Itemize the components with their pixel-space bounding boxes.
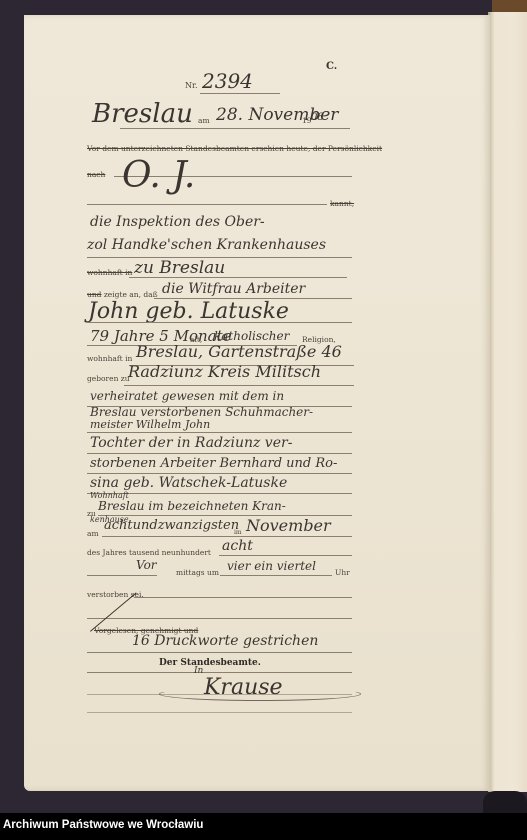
time-prefix: Vor bbox=[136, 558, 157, 572]
intro-text: Vor dem unterzeichneten Standesbeamten e… bbox=[87, 144, 382, 153]
mittags-label: mittags um bbox=[176, 568, 219, 577]
death-month: November bbox=[246, 516, 331, 535]
register-page: C. Nr. 2394 Breslau am 28. November 19 0… bbox=[24, 15, 490, 791]
birthplace-label: geboren zu bbox=[87, 374, 130, 383]
married-line-2: Breslau verstorbenen Schuhmacher- bbox=[90, 405, 313, 419]
parents-line-2: storbenen Arbeiter Bernhard und Ro- bbox=[90, 456, 337, 471]
married-line-1: verheiratet gewesen mit dem in bbox=[90, 389, 284, 403]
place-name: Breslau bbox=[92, 99, 193, 129]
informant-line-1: die Inspektion des Ober- bbox=[90, 214, 265, 230]
place-of-death: Breslau im bezeichneten Kran- bbox=[98, 499, 286, 513]
residence-label: wohnhaft in bbox=[87, 354, 132, 363]
year-hand: 08 bbox=[311, 112, 324, 123]
date-prefix: am bbox=[198, 116, 210, 125]
deceased-residence: Breslau, Gartenstraße 46 bbox=[136, 342, 342, 361]
informant-residence: zu Breslau bbox=[134, 258, 225, 278]
kannt-label: kannt, bbox=[330, 199, 354, 208]
deceased-name: John geb. Latuske bbox=[88, 299, 289, 324]
parents-line-3: sina geb. Watschek-Latuske bbox=[90, 475, 287, 491]
informant-initials: O. J. bbox=[122, 155, 195, 196]
uhr-label: Uhr bbox=[335, 568, 350, 577]
number-label: Nr. bbox=[185, 81, 198, 90]
informant-line-2: zol Handke'schen Krankenhauses bbox=[87, 237, 326, 253]
death-time: vier ein viertel bbox=[227, 559, 316, 573]
official-title: Der Standesbeamte. bbox=[159, 658, 261, 668]
archive-footer: Archiwum Państwowe we Wrocławiu bbox=[0, 813, 527, 840]
month-connector: im bbox=[234, 529, 242, 536]
signature-flourish bbox=[159, 687, 361, 701]
death-year-value: acht bbox=[222, 538, 253, 554]
death-day: achtundzwanzigsten bbox=[104, 518, 239, 533]
married-line-3: meister Wilhelm John bbox=[90, 418, 210, 431]
record-number: 2394 bbox=[202, 69, 253, 93]
am-label: am bbox=[87, 529, 99, 538]
nach-label: nach bbox=[87, 170, 105, 179]
archive-name: Archiwum Państwowe we Wrocławiu bbox=[3, 819, 203, 831]
next-page-edge bbox=[488, 12, 527, 792]
zeigte-label: und zeigte an, daß bbox=[87, 290, 158, 299]
religion-value: katholischer bbox=[214, 329, 289, 343]
birthplace-value: Radziunz Kreis Militsch bbox=[128, 362, 321, 381]
official-prefix: In bbox=[194, 666, 203, 676]
jahres-label: des Jahres tausend neunhundert bbox=[87, 548, 211, 557]
wohnhaft-label: wohnhaft in bbox=[87, 268, 132, 277]
zeigte-value: die Witfrau Arbeiter bbox=[162, 281, 305, 297]
deletion-note: 16 Druckworte gestrichen bbox=[132, 633, 318, 649]
parents-line-1: Tochter der in Radziunz ver- bbox=[90, 435, 292, 451]
book-edge-bottom bbox=[483, 791, 527, 813]
form-code: C. bbox=[326, 61, 337, 72]
